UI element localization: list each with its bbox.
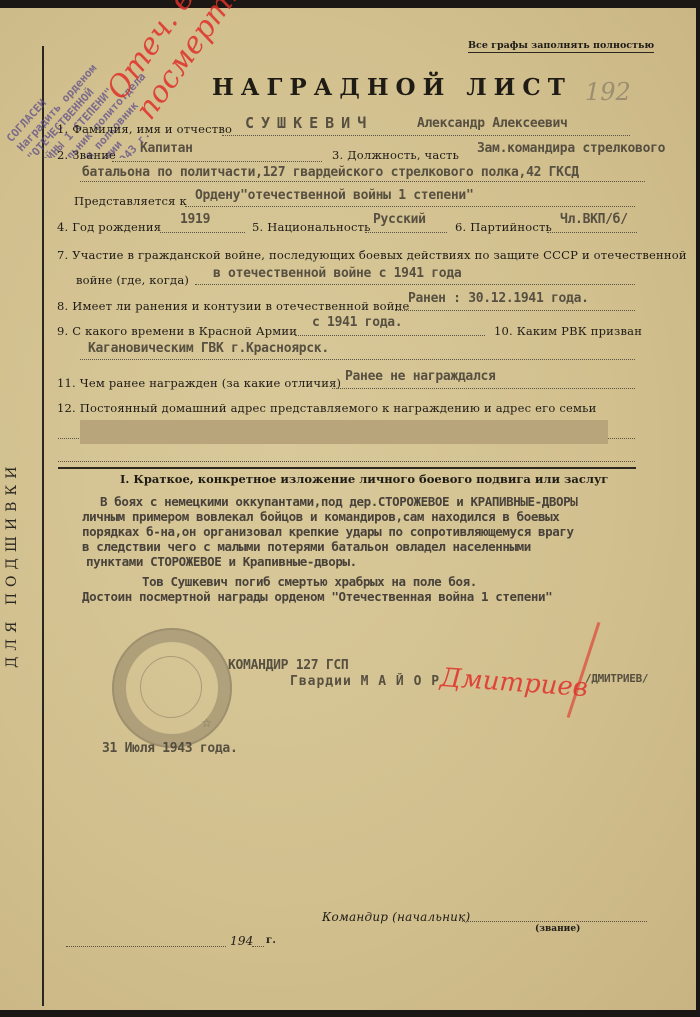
unit-seal-stamp: ☆ <box>112 628 232 748</box>
party-label: 6. Партийность <box>455 220 552 234</box>
commander-name: /ДМИТРИЕВ/ <box>585 672 648 685</box>
narrative-line: В боях с немецкими оккупантами,под дер.С… <box>82 494 577 509</box>
given-name-value: Александр Алексеевич <box>417 116 568 131</box>
wounds-label: 8. Имеет ли ранения и контузии в отечест… <box>57 299 410 313</box>
prior-awards-value: Ранее не награждался <box>345 369 496 384</box>
narrative-paragraph-2: Тов Сушкевич погиб смертью храбрых на по… <box>82 574 552 604</box>
narrative-line: порядках б-на,он организовал крепкие уда… <box>82 524 577 539</box>
narrative-line: пунктами СТОРОЖЕВОЕ и Крапивные-дворы. <box>82 554 577 569</box>
position-label: 3. Должность, часть <box>332 148 459 162</box>
footer-date-suffix: г. <box>266 935 276 946</box>
recruitment-office-value: Кагановическим ГВК г.Красноярск. <box>88 341 329 356</box>
signature-date: 31 Июля 1943 года. <box>102 741 237 756</box>
war-participation-label-2: войне (где, когда) <box>76 273 189 287</box>
narrative-paragraph-1: В боях с немецкими оккупантами,под дер.С… <box>82 494 577 569</box>
coat-of-arms-icon <box>140 656 202 718</box>
narrative-line: Тов Сушкевич погиб смертью храбрых на по… <box>82 574 552 589</box>
binding-margin-line <box>42 46 44 1006</box>
rank-value: Капитан <box>140 141 193 156</box>
army-since-label: 9. С какого времени в Красной Армии <box>57 324 297 338</box>
section-heading: I. Краткое, конкретное изложение личного… <box>120 472 608 486</box>
surname-label: 1. Фамилия, имя и отчество <box>57 122 232 136</box>
binding-margin-label: ДЛЯ ПОДШИВКИ <box>4 461 20 668</box>
star-icon: ☆ <box>201 716 212 730</box>
birth-year-label: 4. Год рождения <box>57 220 161 234</box>
recruitment-office-label: 10. Каким РВК призван <box>494 324 642 338</box>
party-value: Чл.ВКП/б/ <box>560 212 628 227</box>
nationality-label: 5. Национальность <box>252 220 371 234</box>
narrative-line: в следствии чего с малыми потерями батал… <box>82 539 577 554</box>
rank-label: 2. Звание <box>57 148 116 162</box>
commander-rank: Гвардии М А Й О Р <box>290 674 440 689</box>
wounds-value: Ранен : 30.12.1941 года. <box>408 291 589 306</box>
narrative-line: Достоин посмертной награды орденом "Отеч… <box>82 589 552 604</box>
footer-date-year: 194 <box>230 934 254 948</box>
birth-year-value: 1919 <box>180 212 210 227</box>
presented-to-label: Представляется к <box>74 194 187 208</box>
award-sheet: ДЛЯ ПОДШИВКИ СОГЛАСЕН Наградить орденом … <box>0 8 696 1010</box>
footer-rank-label: (звание) <box>535 924 580 934</box>
nationality-value: Русский <box>373 212 426 227</box>
position-value-line2: батальона по политчасти,127 гвардейского… <box>82 165 579 180</box>
footer-commander-label: Командир (начальник) <box>322 910 470 924</box>
section-divider <box>58 467 636 469</box>
presented-to-value: Ордену"отечественной войны 1 степени" <box>195 188 474 203</box>
surname-value: СУШКЕВИЧ <box>245 114 373 132</box>
archive-number: 192 <box>585 78 631 106</box>
war-participation-value: в отечественной войне с 1941 года <box>213 266 461 281</box>
handwritten-signature: Дмитриев <box>439 663 589 703</box>
signature-stroke <box>567 622 601 718</box>
narrative-line: личным примером вовлекал бойцов и команд… <box>82 509 577 524</box>
war-participation-label: 7. Участие в гражданской войне, последую… <box>57 248 687 262</box>
redacted-address <box>80 420 608 444</box>
home-address-label: 12. Постоянный домашний адрес представля… <box>57 401 596 415</box>
instruction-note: Все графы заполнять полностью <box>468 40 654 53</box>
prior-awards-label: 11. Чем ранее награжден (за какие отличи… <box>57 376 341 390</box>
position-value-line1: Зам.командира стрелкового <box>477 141 665 156</box>
army-since-value: с 1941 года. <box>312 315 402 330</box>
commander-line: КОМАНДИР 127 ГСП <box>228 658 348 673</box>
page-title: НАГРАДНОЙ ЛИСТ <box>212 74 572 101</box>
